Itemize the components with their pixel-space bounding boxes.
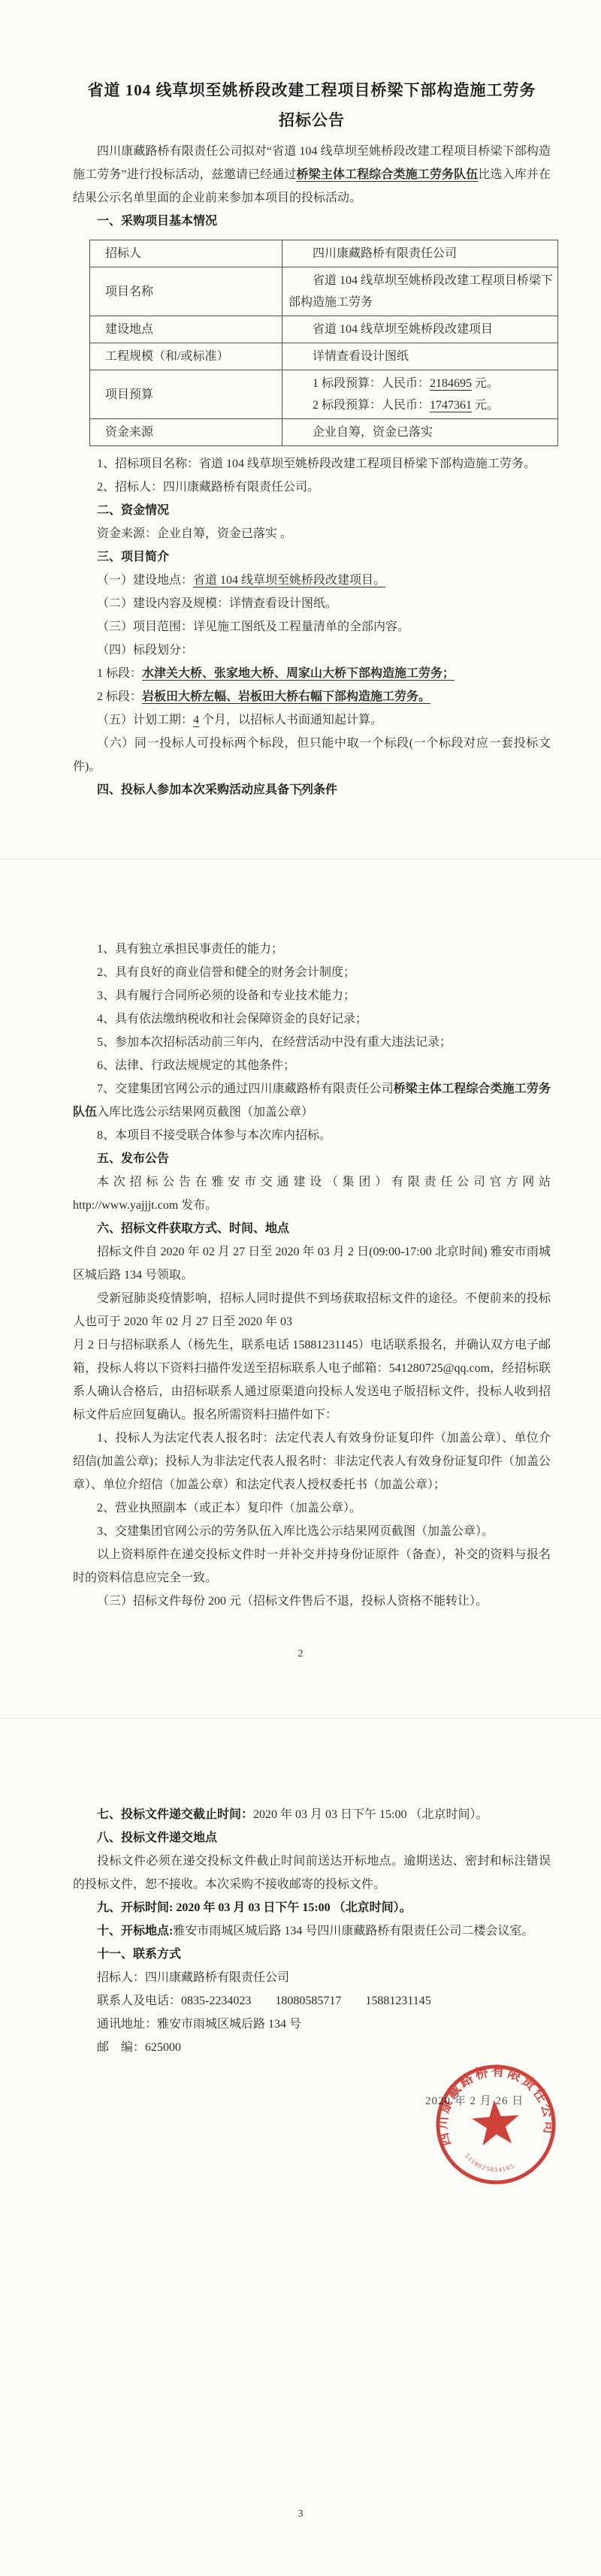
table-row-project-name: 项目名称 省道 104 线草坝至姚桥段改建工程项目桥梁下部构造施工劳务	[90, 267, 558, 316]
page-2: 1、具有独立承担民事责任的能力； 2、具有良好的商业信誉和健全的财务会计制度； …	[0, 859, 601, 1718]
phone-registration-line: 月 2 日与招标联系人（杨先生，联系电话 15881231145）电话联系报名，…	[73, 1333, 551, 1427]
bid-opening-venue-label: 十、开标地点:	[97, 1925, 173, 1937]
row-label: 项目名称	[90, 267, 282, 316]
bid-opening-time-label: 九、开标时间:	[97, 1901, 173, 1914]
required-scan-item-3: 3、交建集团官网公示的劳务队伍入库比选公示结果网页截图（加盖公章）。	[73, 1520, 551, 1543]
row-value-text: 省道 104 线草坝至姚桥段改建项目	[288, 319, 553, 340]
budget-line-2: 2 标段预算：人民币：1747361 元。	[288, 394, 553, 416]
section-heading-basic-info: 一、采购项目基本情况	[73, 210, 551, 233]
lot-division-heading: （四）标段划分：	[73, 639, 551, 662]
budget-line-1: 1 标段预算：人民币：2184695 元。	[288, 373, 553, 394]
condition-item: 4、具有依法缴纳税收和社会保障资金的良好记录；	[73, 1007, 551, 1031]
table-row-scale: 工程规模（和/或标准） 详情查看设计图纸	[90, 343, 558, 370]
announcement-website-line: 本次招标公告在雅安市交通建设（集团）有限责任公司官方网站	[73, 1170, 551, 1194]
contact-zip-line: 邮 编：625000	[73, 2036, 551, 2059]
construction-scale-line: （二）建设内容及规模：详情查看设计图纸。	[73, 592, 551, 615]
document-fee-line: （三）招标文件每份 200 元（招标文件售后不退，投标人资格不能转让）。	[73, 1590, 551, 1613]
table-row-bidder: 招标人 四川康藏路桥有限责任公司	[90, 240, 558, 267]
submission-deadline-line: 七、投标文件递交截止时间：2020 年 03 月 03 日下午 15:00 （北…	[73, 1803, 551, 1826]
originals-note-line: 以上资料原件在递交投标文件时一并补交并持身份证原件（备查），补交的资料与报名时的…	[73, 1543, 551, 1590]
section-heading-announcement: 五、发布公告	[73, 1147, 551, 1170]
table-row-funding: 资金来源 企业自筹，资金已落实	[90, 419, 558, 446]
contact-company-line: 招标人：四川康藏路桥有限责任公司	[73, 1966, 551, 1989]
construction-location-line: （一）建设地点：省道 104 线草坝至姚桥段改建项目。	[73, 569, 551, 592]
row-label: 资金来源	[90, 419, 282, 446]
scanned-tender-notice-document: { "p1": { "title1": "省道 104 线草坝至姚桥段改建工程项…	[0, 0, 601, 2576]
section-heading-submission-place: 八、投标文件递交地点	[73, 1826, 551, 1850]
condition-item-8: 8、本项目不接受联合体参与本次库内招标。	[73, 1124, 551, 1147]
covid-notice-line: 受新冠肺炎疫情影响，招标人同时提供不到场获取招标文件的途径。不便前来的投标人也可…	[73, 1287, 551, 1333]
lot-2-line: 2 标段：岩板田大桥左幅、岩板田大桥右幅下部构造施工劳务。	[73, 685, 551, 708]
seal-number-arc: 5118025034105	[464, 2149, 516, 2176]
schedule-label: （五）计划工期：	[97, 714, 193, 726]
contact-phone-line: 联系人及电话：0835-2234023 18080585717 15881231…	[73, 1989, 551, 2013]
schedule-months: 4	[193, 714, 199, 726]
project-name-line: 1、招标项目名称：省道 104 线草坝至姚桥段改建工程项目桥梁下部构造施工劳务。	[73, 452, 551, 476]
row-label: 招标人	[90, 240, 282, 267]
bid-opening-venue-value: 雅安市雨城区城后路 134 号四川康藏路桥有限责任公司二楼会议室。	[173, 1925, 533, 1937]
document-title-line2: 招标公告	[73, 105, 551, 135]
row-label: 项目预算	[90, 370, 282, 419]
document-obtain-line: 招标文件自 2020 年 02 月 27 日至 2020 年 03 月 2 日(…	[73, 1240, 551, 1287]
condition-item: 2、具有良好的商业信誉和健全的财务会计制度；	[73, 961, 551, 984]
schedule-tail: 个月，以招标人书面通知起计算。	[199, 714, 382, 726]
page-number: 2	[0, 1648, 601, 1660]
budget-2-suffix: 元。	[472, 399, 499, 412]
condition-7-tail: 入库比选公示结果网页截图（加盖公章）	[97, 1106, 313, 1119]
page-3: 七、投标文件递交截止时间：2020 年 03 月 03 日下午 15:00 （北…	[0, 1718, 601, 2576]
lot-2-value: 岩板田大桥左幅、岩板田大桥右幅下部构造施工劳务。	[142, 690, 430, 703]
project-scope-line: （三）项目范围：详见施工图纸及工程量清单的全部内容。	[73, 615, 551, 639]
page-1: 省道 104 线草坝至姚桥段改建工程项目桥梁下部构造施工劳务 招标公告 四川康藏…	[0, 0, 601, 859]
seal-star-icon	[470, 2098, 521, 2146]
schedule-line: （五）计划工期：4 个月，以招标人书面通知起计算。	[73, 708, 551, 732]
required-scan-item-2: 2、营业执照副本（或正本）复印件（加盖公章）。	[73, 1496, 551, 1520]
condition-item: 6、法律、行政法规规定的其他条件；	[73, 1054, 551, 1077]
bidder-line: 2、招标人：四川康藏路桥有限责任公司。	[73, 476, 551, 499]
lot-2-label: 2 标段：	[97, 690, 142, 703]
row-value-text: 企业自筹，资金已落实	[288, 421, 553, 443]
intro-paragraph: 四川康藏路桥有限责任公司拟对“省道 104 线草坝至姚桥段改建工程项目桥梁下部构…	[73, 140, 551, 210]
condition-7-segment: 7、交建集团官网公示的通过四川康藏路桥有限责任公司	[97, 1083, 394, 1095]
funding-source-line: 资金来源：企业自筹，资金已落实 。	[73, 522, 551, 545]
submission-rules-line: 投标文件必须在递交投标文件截止时间前送达开标地点。逾期送达、密封和标注错误的投标…	[73, 1850, 551, 1896]
row-value-text: 详情查看设计图纸	[288, 346, 553, 367]
project-info-table: 招标人 四川康藏路桥有限责任公司 项目名称 省道 104 线草坝至姚桥段改建工程…	[89, 240, 558, 446]
row-value: 1 标段预算：人民币：2184695 元。 2 标段预算：人民币：1747361…	[282, 370, 558, 419]
condition-item-7: 7、交建集团官网公示的通过四川康藏路桥有限责任公司桥梁主体工程综合类施工劳务队伍…	[73, 1077, 551, 1124]
row-value: 省道 104 线草坝至姚桥段改建工程项目桥梁下部构造施工劳务	[282, 267, 558, 316]
announcement-url-line: http://www.yajjjt.com 发布。	[73, 1194, 551, 1217]
budget-2-prefix: 2 标段预算：人民币：	[313, 399, 430, 412]
table-row-location: 建设地点 省道 104 线草坝至姚桥段改建项目	[90, 316, 558, 343]
row-value: 四川康藏路桥有限责任公司	[282, 240, 558, 267]
row-value: 详情查看设计图纸	[282, 343, 558, 370]
lot-1-value: 水津关大桥、张家地大桥、周家山大桥下部构造施工劳务；	[142, 667, 455, 680]
two-lots-rule-line: （六）同一投标人可投标两个标段，但只能中取一个标段(一个标段对应一套投标文件)。	[73, 732, 551, 778]
section-heading-contact: 十一、联系方式	[73, 1943, 551, 1966]
budget-1-amount: 2184695	[430, 377, 472, 390]
row-label: 工程规模（和/或标准）	[90, 343, 282, 370]
lot-1-label: 1 标段：	[97, 667, 142, 680]
condition-item: 5、参加本次招标活动前三年内，在经营活动中没有重大违法记录；	[73, 1031, 551, 1054]
page-number: 3	[0, 2508, 601, 2520]
location-label: （一）建设地点：	[97, 574, 193, 587]
submission-deadline-value: 2020 年 03 月 03 日下午 15:00 （北京时间）。	[253, 1808, 488, 1821]
page-number: 1	[0, 787, 601, 799]
lot-1-line: 1 标段：水津关大桥、张家地大桥、周家山大桥下部构造施工劳务；	[73, 662, 551, 685]
bid-opening-time-line: 九、开标时间: 2020 年 03 月 03 日下午 15:00 （北京时间）。	[73, 1896, 551, 1919]
seal-number-text: 5118025034105	[464, 2149, 516, 2176]
row-value-text: 省道 104 线草坝至姚桥段改建工程项目桥梁下部构造施工劳务	[288, 270, 553, 313]
contact-address-line: 通讯地址：雅安市雨城区城后路 134 号	[73, 2013, 551, 2036]
budget-2-amount: 1747361	[430, 399, 472, 412]
bid-opening-venue-line: 十、开标地点:雅安市雨城区城后路 134 号四川康藏路桥有限责任公司二楼会议室。	[73, 1919, 551, 1943]
submission-deadline-label: 七、投标文件递交截止时间：	[97, 1808, 253, 1821]
table-row-budget: 项目预算 1 标段预算：人民币：2184695 元。 2 标段预算：人民币：17…	[90, 370, 558, 419]
condition-item: 1、具有独立承担民事责任的能力；	[73, 938, 551, 961]
row-value: 省道 104 线草坝至姚桥段改建项目	[282, 316, 558, 343]
intro-highlighted-qualification: 桥梁主体工程综合类施工劳务队伍	[296, 168, 478, 181]
row-label: 建设地点	[90, 316, 282, 343]
bid-opening-time-value: 2020 年 03 月 03 日下午 15:00 （北京时间）。	[173, 1901, 411, 1914]
row-value: 企业自筹，资金已落实	[282, 419, 558, 446]
condition-item: 3、具有履行合同所必须的设备和专业技术能力；	[73, 984, 551, 1007]
official-seal: 四川康藏路桥有限责任公司 5118025034105	[427, 2056, 563, 2192]
budget-1-prefix: 1 标段预算：人民币：	[313, 377, 430, 390]
section-heading-project-brief: 三、项目简介	[73, 545, 551, 569]
location-value: 省道 104 线草坝至姚桥段改建项目。	[193, 574, 385, 587]
required-scan-item-1: 1、投标人为法定代表人报名时：法定代表人有效身份证复印件（加盖公章）、单位介绍信…	[73, 1427, 551, 1496]
budget-1-suffix: 元。	[472, 377, 499, 390]
section-heading-funding: 二、资金情况	[73, 499, 551, 522]
row-value-text: 四川康藏路桥有限责任公司	[288, 243, 553, 264]
document-title-line1: 省道 104 线草坝至姚桥段改建工程项目桥梁下部构造施工劳务	[73, 75, 551, 105]
section-heading-document-obtain: 六、招标文件获取方式、时间、地点	[73, 1217, 551, 1240]
